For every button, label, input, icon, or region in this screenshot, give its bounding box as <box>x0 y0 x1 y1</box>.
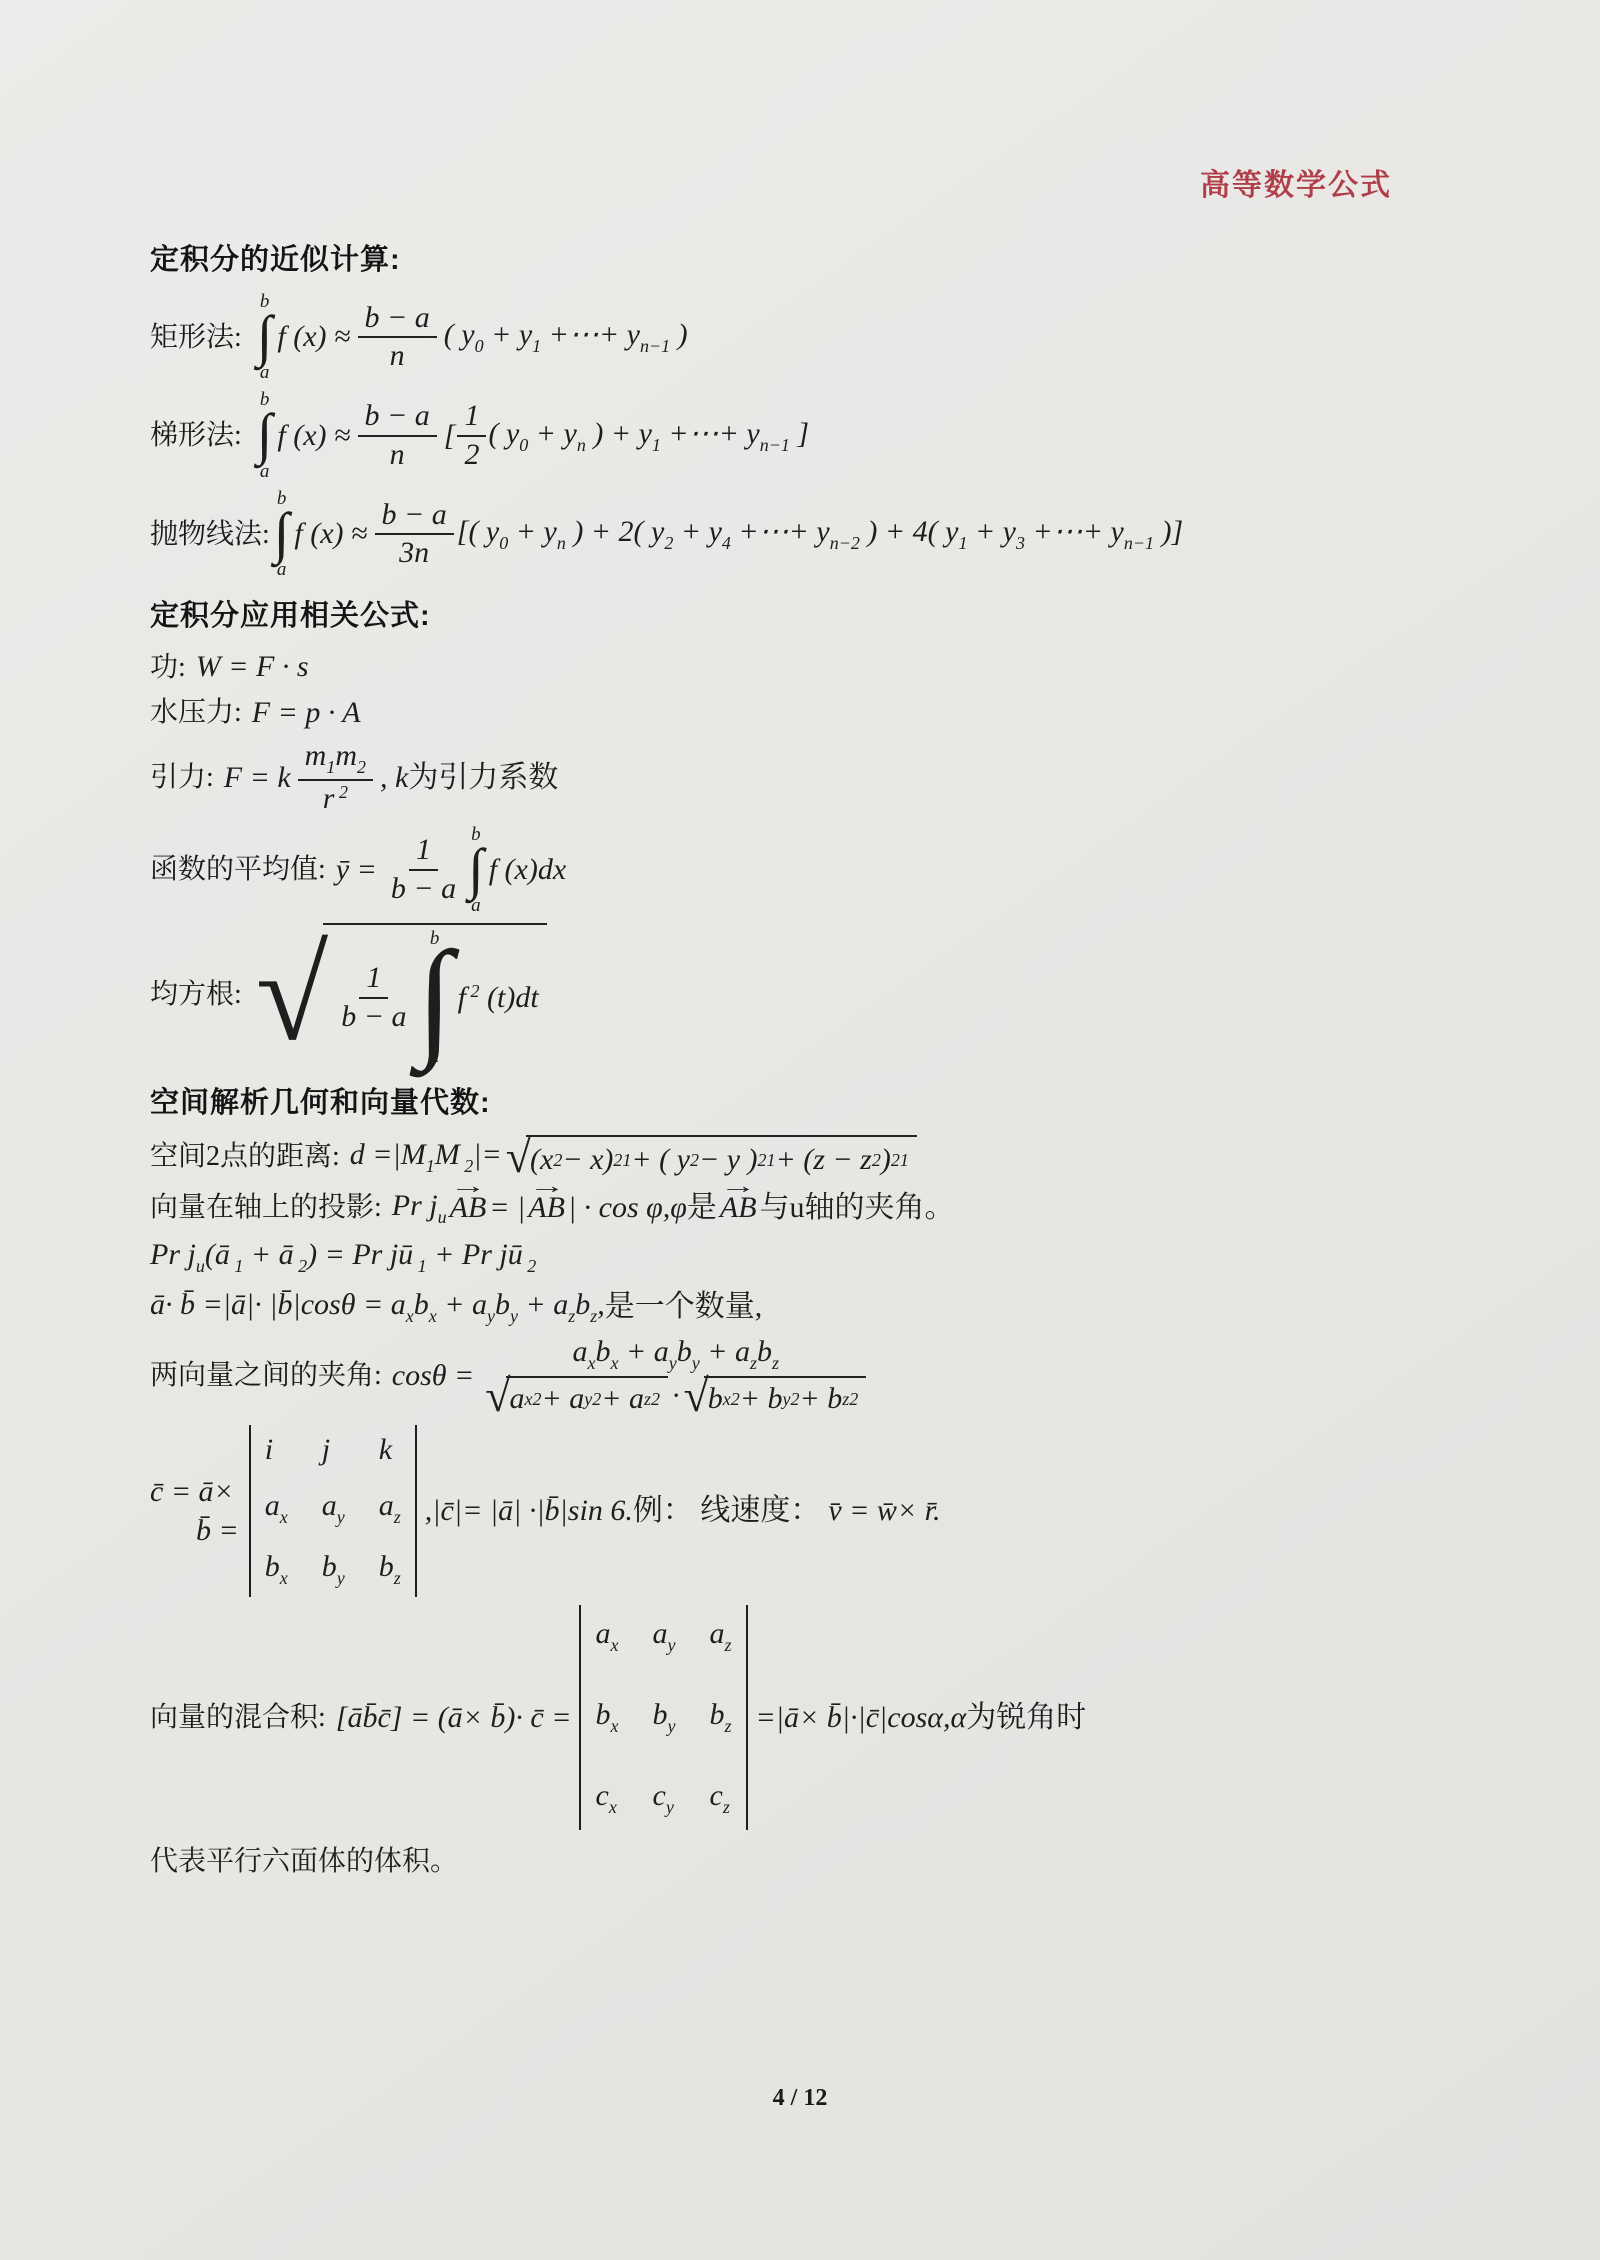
formula-note: 是一个数量, <box>605 1288 763 1326</box>
formula-mean-value: 函数的平均值: ȳ = 1 b − a b ∫ a f (x)dx <box>150 825 1480 915</box>
formula-body: cosθ = <box>392 1357 474 1395</box>
formula-tail: ( y0 + yn ) + y1 +⋯+ yn−1 ] <box>488 415 809 457</box>
fraction: b − a n <box>358 399 437 472</box>
radicand: ax2 + ay2 + az 2 <box>506 1376 669 1417</box>
det-cell: bx <box>595 1700 618 1735</box>
fraction-denominator: √ ax2 + ay2 + az 2 · √ bx2 + by2 + bz 2 <box>481 1376 870 1417</box>
formula-body: d =|M1M 2|= <box>350 1136 502 1178</box>
bracket-open: [ <box>444 417 456 455</box>
formula-note: 是 <box>687 1189 717 1227</box>
radicand: 1 b − a b ∫ a f 2 (t)dt <box>323 923 546 1066</box>
det-cell: by <box>652 1700 675 1735</box>
integrand: f (x) ≈ <box>277 318 350 356</box>
integral-sign-icon: ∫ <box>257 311 273 363</box>
integrand: f (x) ≈ <box>294 515 367 553</box>
formula-body: [āb̄c̄] = (ā× b̄)· c̄ = <box>336 1699 572 1737</box>
det-cell: j <box>322 1435 345 1465</box>
integral-lower-bound: a <box>260 363 270 382</box>
integral-sign-icon: ∫ <box>468 844 484 896</box>
formula-tail: | · cos φ,φ <box>568 1189 687 1227</box>
integral-symbol: b ∫ a <box>257 292 273 382</box>
integral-lower-bound: a <box>430 1047 440 1066</box>
note-text: 代表平行六面体的体积。 <box>150 1844 458 1879</box>
formula-body: F = k <box>224 759 291 797</box>
det-cell: ax <box>265 1491 288 1526</box>
integral-lower-bound: a <box>277 560 287 579</box>
formula-lhs: c̄ = ā× b̄ = <box>150 1472 239 1550</box>
formula-label: 功: <box>150 650 186 685</box>
det-cell: ax <box>595 1619 618 1654</box>
formula-line1: c̄ = ā× <box>150 1472 239 1511</box>
det-cell: bz <box>709 1700 731 1735</box>
formula-tail: v̄ = w̄× r̄. <box>828 1492 940 1530</box>
det-cell: az <box>709 1619 731 1654</box>
formula-body: Pr ju <box>392 1187 447 1229</box>
det-cell: by <box>322 1552 345 1587</box>
formula-rms: 均方根: √ 1 b − a b ∫ a f 2 (t)dt <box>150 923 1480 1066</box>
formula-vector-projection: 向量在轴上的投影: Pr ju AB = | AB | · cos φ,φ 是 … <box>150 1187 1480 1229</box>
formula-body: ȳ = <box>336 851 377 889</box>
fraction: 1 b − a <box>384 833 463 906</box>
integral-symbol: b ∫ a <box>274 489 290 579</box>
formula-label: 矩形法: <box>150 320 242 355</box>
radicand: (x2− x)21+ ( y 2− y )21+ (z − z2)2 1 <box>526 1135 917 1179</box>
fraction: 1 b − a <box>334 961 413 1034</box>
fraction-denominator: b − a <box>384 871 463 907</box>
fraction-denominator: 2 <box>457 437 486 473</box>
formula-body: W = F · s <box>196 648 309 686</box>
radical-sign-icon: √ <box>256 945 328 1044</box>
big-fraction: axbx + ayby + azbz √ ax2 + ay2 + az 2 · … <box>481 1335 870 1416</box>
formula-gravity: 引力: F = k m1m2 r 2 , k 为引力系数 <box>150 739 1480 816</box>
formula-dot-product: ā· b̄ =|ā|· |b̄|cosθ = axbx + ayby + azb… <box>150 1286 1480 1328</box>
formula-angle-between-vectors: 两向量之间的夹角: cosθ = axbx + ayby + azbz √ ax… <box>150 1335 1480 1416</box>
formula-tail: f 2 (t)dt <box>458 979 539 1017</box>
formula-tail: =|ā× b̄|·|c̄|cosα,α <box>756 1699 967 1737</box>
fraction-numerator: 1 <box>359 961 388 999</box>
fraction: b − a 3n <box>375 498 454 571</box>
formula-tail: f (x)dx <box>489 851 566 889</box>
radicand: bx2 + by2 + bz 2 <box>704 1376 867 1417</box>
vector-ab: AB <box>450 1189 487 1227</box>
det-cell: ay <box>322 1491 345 1526</box>
section-title-approx-integration: 定积分的近似计算: <box>150 237 1480 278</box>
det-cell: cz <box>709 1781 731 1816</box>
page-number: 4 / 12 <box>0 2085 1600 2112</box>
formula-note: 与u轴的夹角。 <box>760 1189 955 1227</box>
fraction-numerator: m1m2 <box>298 739 373 781</box>
fraction-denominator: b − a <box>334 999 413 1035</box>
square-root: √ 1 b − a b ∫ a f 2 (t)dt <box>256 923 547 1066</box>
formula-parabola-method: 抛物线法: b ∫ a f (x) ≈ b − a 3n [( y0 + yn … <box>150 489 1480 579</box>
formula-body: ā· b̄ =|ā|· |b̄|cosθ = axbx + ayby + azb… <box>150 1286 605 1328</box>
det-cell: i <box>265 1435 288 1465</box>
formula-note: 例： 线速度： <box>633 1492 821 1530</box>
formula-label: 向量在轴上的投影: <box>150 1190 382 1225</box>
formula-label: 向量的混合积: <box>150 1700 326 1735</box>
integral-symbol: b ∫ a <box>468 825 484 915</box>
integral-symbol: b ∫ a <box>257 390 273 480</box>
formula-tail: , k <box>380 759 408 797</box>
formula-distance-two-points: 空间2点的距离: d =|M1M 2|= √ (x2− x)21+ ( y 2−… <box>150 1135 1480 1179</box>
square-root: √ (x2− x)21+ ( y 2− y )21+ (z − z2)2 1 <box>506 1135 917 1179</box>
fraction-numerator: 1 <box>409 833 438 871</box>
fraction-numerator: b − a <box>358 301 437 339</box>
det-cell: cy <box>652 1781 675 1816</box>
fraction: m1m2 r 2 <box>298 739 373 816</box>
formula-label: 水压力: <box>150 695 242 730</box>
page-title: 高等数学公式 <box>1200 160 1392 204</box>
note-parallelepiped-volume: 代表平行六面体的体积。 <box>150 1844 1480 1879</box>
fraction-denominator: n <box>383 437 412 473</box>
formula-trapezoid-method: 梯形法: b ∫ a f (x) ≈ b − a n [ 1 2 ( y0 + … <box>150 390 1480 480</box>
formula-projection-sum: Pr ju(ā 1 + ā 2) = Pr jū 1 + Pr jū 2 <box>150 1236 1480 1278</box>
formula-label: 梯形法: <box>150 418 242 453</box>
square-root: √ bx2 + by2 + bz 2 <box>684 1376 867 1417</box>
fraction-numerator: 1 <box>457 399 486 437</box>
det-cell: bx <box>265 1552 288 1587</box>
formula-rectangle-method: 矩形法: b ∫ a f (x) ≈ b − a n ( y0 + y1 +⋯+… <box>150 292 1480 382</box>
dot-operator: · <box>672 1379 680 1414</box>
det-cell: ay <box>652 1619 675 1654</box>
page-content: 定积分的近似计算: 矩形法: b ∫ a f (x) ≈ b − a n ( y… <box>150 233 1480 1893</box>
formula-tail: ,|c̄|= |ā| ·|b̄|sin 6. <box>425 1492 633 1530</box>
equals: = | <box>489 1189 525 1227</box>
integral-lower-bound: a <box>260 462 270 481</box>
integral-sign-icon: ∫ <box>416 948 452 1047</box>
formula-work: 功: W = F · s <box>150 648 1480 686</box>
document-page: { "page": { "header_title": "高等数学公式", "f… <box>0 0 1600 2260</box>
formula-water-pressure: 水压力: F = p · A <box>150 694 1480 732</box>
det-cell: k <box>379 1435 401 1465</box>
fraction-numerator: b − a <box>375 498 454 536</box>
integral-lower-bound: a <box>471 896 481 915</box>
integrand: f (x) ≈ <box>277 417 350 455</box>
formula-body: Pr ju(ā 1 + ā 2) = Pr jū 1 + Pr jū 2 <box>150 1236 536 1278</box>
fraction-denominator: 3n <box>392 535 436 571</box>
fraction-numerator: axbx + ayby + azbz <box>566 1335 787 1376</box>
integral-sign-icon: ∫ <box>257 409 273 461</box>
formula-label: 两向量之间的夹角: <box>150 1358 382 1393</box>
fraction-denominator: n <box>383 338 412 374</box>
formula-label: 均方根: <box>150 977 242 1012</box>
formula-mixed-product: 向量的混合积: [āb̄c̄] = (ā× b̄)· c̄ = ax ay az… <box>150 1605 1480 1830</box>
formula-note: 为锐角时 <box>966 1699 1086 1737</box>
formula-label: 抛物线法: <box>150 517 270 552</box>
det-cell: cx <box>595 1781 618 1816</box>
det-cell: bz <box>379 1552 401 1587</box>
formula-tail: ( y0 + y1 +⋯+ yn−1 ) <box>444 316 688 358</box>
formula-tail: [( y0 + yn ) + 2( y2 + y4 +⋯+ yn−2 ) + 4… <box>457 513 1183 555</box>
fraction: b − a n <box>358 301 437 374</box>
formula-note: 为引力系数 <box>408 759 558 797</box>
vector-ab: AB <box>720 1189 757 1227</box>
determinant-3x3: ax ay az bx by bz cx cy cz <box>579 1605 747 1830</box>
integral-symbol: b ∫ a <box>416 929 452 1066</box>
formula-cross-product: c̄ = ā× b̄ = i j k ax ay az bx by bz ,|c… <box>150 1425 1480 1597</box>
formula-line2: b̄ = <box>196 1511 239 1550</box>
formula-label: 空间2点的距离: <box>150 1139 340 1174</box>
section-title-vector-algebra: 空间解析几何和向量代数: <box>150 1080 1480 1121</box>
vector-ab: AB <box>528 1189 565 1227</box>
fraction-numerator: b − a <box>358 399 437 437</box>
fraction-half: 1 2 <box>457 399 486 472</box>
section-title-integral-applications: 定积分应用相关公式: <box>150 593 1480 634</box>
formula-label: 函数的平均值: <box>150 852 326 887</box>
square-root: √ ax2 + ay2 + az 2 <box>485 1376 668 1417</box>
det-cell: az <box>379 1491 401 1526</box>
formula-label: 引力: <box>150 760 214 795</box>
integral-sign-icon: ∫ <box>274 508 290 560</box>
formula-body: F = p · A <box>252 694 361 732</box>
determinant-3x3: i j k ax ay az bx by bz <box>249 1425 417 1597</box>
fraction-denominator: r 2 <box>316 781 355 817</box>
